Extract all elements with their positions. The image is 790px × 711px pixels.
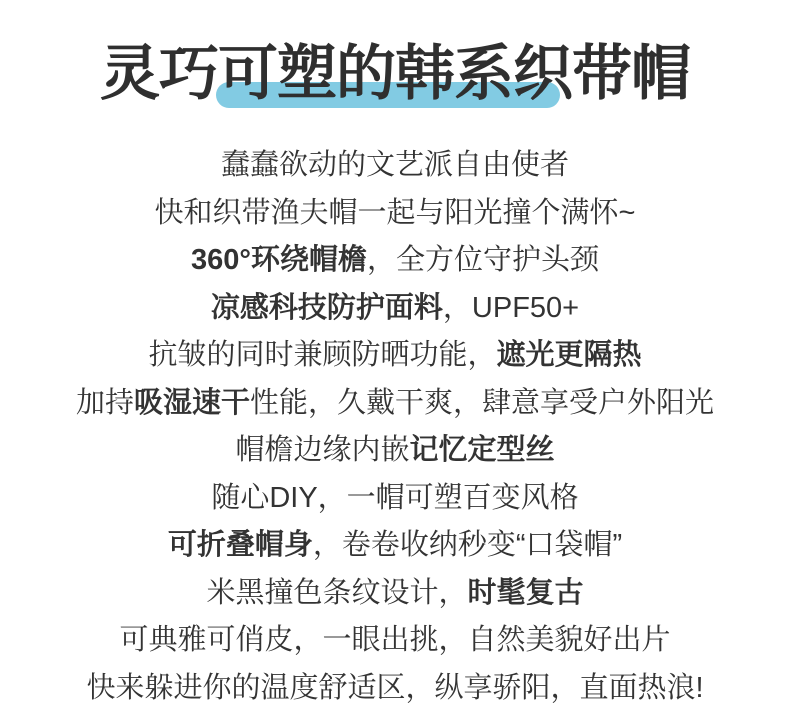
- body-text: 帽檐边缘内嵌: [235, 434, 409, 466]
- emphasis-text: 记忆定型丝: [410, 434, 555, 466]
- body-text: 快和织带渔夫帽一起与阳光撞个满怀~: [155, 197, 636, 229]
- emphasis-text: 360°环绕帽檐: [191, 244, 367, 276]
- body-line: 凉感科技防护面料，UPF50+: [0, 285, 790, 333]
- body-text: 米黑撞色条纹设计，: [206, 577, 467, 609]
- product-description-page: 灵巧可塑的韩系织带帽 蠢蠢欲动的文艺派自由使者快和织带渔夫帽一起与阳光撞个满怀~…: [0, 0, 790, 711]
- body-text: 性能，久戴干爽，肆意享受户外阳光: [250, 387, 714, 419]
- body-text: ，全方位守护头颈: [367, 244, 599, 276]
- body-lines: 蠢蠢欲动的文艺派自由使者快和织带渔夫帽一起与阳光撞个满怀~360°环绕帽檐，全方…: [0, 142, 790, 711]
- body-text: 随心DIY，一帽可塑百变风格: [211, 482, 578, 514]
- body-line: 快来躲进你的温度舒适区，纵享骄阳，直面热浪!: [0, 665, 790, 711]
- body-line: 米黑撞色条纹设计，时髦复古: [0, 570, 790, 618]
- body-line: 蠢蠢欲动的文艺派自由使者: [0, 142, 790, 190]
- body-line: 加持吸湿速干性能，久戴干爽，肆意享受户外阳光: [0, 380, 790, 428]
- emphasis-text: 遮光更隔热: [497, 339, 642, 371]
- body-text: ，卷卷收纳秒变“口袋帽”: [313, 529, 622, 561]
- body-line: 可折叠帽身，卷卷收纳秒变“口袋帽”: [0, 522, 790, 570]
- body-line: 帽檐边缘内嵌记忆定型丝: [0, 427, 790, 475]
- body-text: ，UPF50+: [443, 292, 579, 324]
- page-title: 灵巧可塑的韩系织带帽: [0, 0, 790, 118]
- body-line: 可典雅可俏皮，一眼出挑，自然美貌好出片: [0, 617, 790, 665]
- emphasis-text: 吸湿速干: [134, 387, 250, 419]
- body-text: 可典雅可俏皮，一眼出挑，自然美貌好出片: [119, 624, 670, 656]
- body-line: 随心DIY，一帽可塑百变风格: [0, 475, 790, 523]
- body-text: 加持: [76, 387, 134, 419]
- body-line: 抗皱的同时兼顾防晒功能，遮光更隔热: [0, 332, 790, 380]
- body-text: 抗皱的同时兼顾防晒功能，: [148, 339, 496, 371]
- body-text: 蠢蠢欲动的文艺派自由使者: [221, 149, 569, 181]
- title-highlighted-text: 可塑的韩系织: [218, 30, 572, 118]
- emphasis-text: 时髦复古: [468, 577, 584, 609]
- body-line: 360°环绕帽檐，全方位守护头颈: [0, 237, 790, 285]
- body-line: 快和织带渔夫帽一起与阳光撞个满怀~: [0, 190, 790, 238]
- title-text-pre: 灵巧: [100, 40, 218, 107]
- emphasis-text: 凉感科技防护面料: [211, 292, 443, 324]
- emphasis-text: 可折叠帽身: [168, 529, 313, 561]
- title-text-post: 带帽: [572, 40, 690, 107]
- body-text: 快来躲进你的温度舒适区，纵享骄阳，直面热浪!: [86, 672, 703, 704]
